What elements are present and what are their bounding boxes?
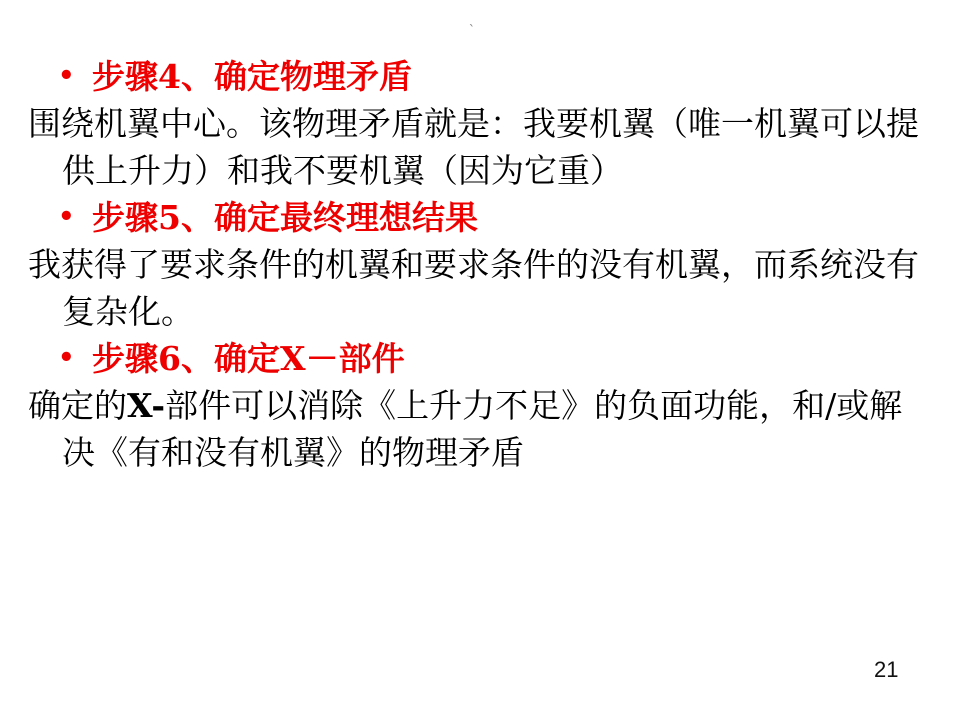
- page-number: 21: [874, 658, 898, 682]
- paragraph-step4-body: 围绕机翼中心。该物理矛盾就是：我要机翼（唯一机翼可以提供上升力）和我不要机翼（因…: [0, 100, 932, 194]
- bullet-icon: •: [58, 335, 92, 382]
- text-segment: 部件可以消除《上升力不足》的负面功能，和/或解决《有和没有机翼》的物理矛盾: [62, 386, 902, 472]
- heading-step4-label: 步骤4、确定物理矛盾: [92, 53, 932, 100]
- heading-step6-label: 步骤6、确定X－部件: [92, 335, 932, 382]
- bullet-heading-step5: • 步骤5、确定最终理想结果: [0, 194, 932, 241]
- stray-mark: `: [468, 24, 476, 39]
- paragraph-step5-body: 我获得了要求条件的机翼和要求条件的没有机翼，而系统没有复杂化。: [0, 241, 932, 335]
- bullet-heading-step6: • 步骤6、确定X－部件: [0, 335, 932, 382]
- bullet-heading-step4: • 步骤4、确定物理矛盾: [0, 53, 932, 100]
- slide: ` • 步骤4、确定物理矛盾 围绕机翼中心。该物理矛盾就是：我要机翼（唯一机翼可…: [0, 0, 960, 720]
- text-segment: 确定的: [28, 386, 127, 425]
- heading-step5-label: 步骤5、确定最终理想结果: [92, 194, 932, 241]
- bullet-icon: •: [58, 53, 92, 100]
- paragraph-step6-body: 确定的X-部件可以消除《上升力不足》的负面功能，和/或解决《有和没有机翼》的物理…: [0, 382, 932, 476]
- slide-content: • 步骤4、确定物理矛盾 围绕机翼中心。该物理矛盾就是：我要机翼（唯一机翼可以提…: [0, 53, 932, 476]
- bullet-icon: •: [58, 194, 92, 241]
- text-segment-bold: X-: [127, 386, 165, 425]
